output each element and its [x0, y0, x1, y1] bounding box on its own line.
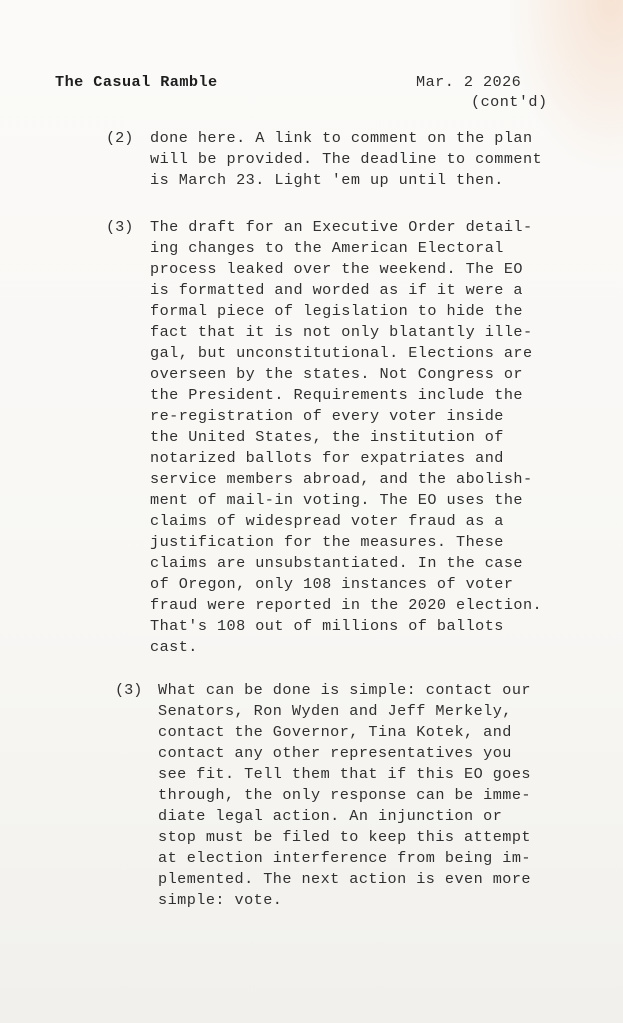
- text-line: through, the only response can be imme-: [158, 785, 531, 806]
- text-line: contact the Governor, Tina Kotek, and: [158, 722, 531, 743]
- text-line: the United States, the institution of: [150, 427, 542, 448]
- continued-note: (cont'd): [471, 92, 548, 113]
- text-line: is formatted and worded as if it were a: [150, 280, 542, 301]
- date: Mar. 2 2026: [416, 72, 521, 93]
- text-line: The draft for an Executive Order detail-: [150, 217, 542, 238]
- text-line: ment of mail-in voting. The EO uses the: [150, 490, 542, 511]
- text-line: will be provided. The deadline to commen…: [150, 149, 542, 170]
- paragraph-number: (3): [115, 680, 142, 701]
- paragraph-3-what-can-be-done: What can be done is simple: contact our …: [158, 680, 531, 911]
- paragraph-2: done here. A link to comment on the plan…: [150, 128, 542, 191]
- text-line: simple: vote.: [158, 890, 531, 911]
- text-line: re-registration of every voter inside: [150, 406, 542, 427]
- text-line: done here. A link to comment on the plan: [150, 128, 542, 149]
- newsletter-title: The Casual Ramble: [55, 72, 218, 93]
- text-line: Senators, Ron Wyden and Jeff Merkely,: [158, 701, 531, 722]
- text-line: is March 23. Light 'em up until then.: [150, 170, 542, 191]
- paragraph-number: (2): [106, 128, 133, 149]
- text-line: plemented. The next action is even more: [158, 869, 531, 890]
- text-line: contact any other representatives you: [158, 743, 531, 764]
- text-line: stop must be filed to keep this attempt: [158, 827, 531, 848]
- paragraph-3-executive-order: The draft for an Executive Order detail-…: [150, 217, 542, 658]
- text-line: at election interference from being im-: [158, 848, 531, 869]
- text-line: claims of widespread voter fraud as a: [150, 511, 542, 532]
- text-line: see fit. Tell them that if this EO goes: [158, 764, 531, 785]
- text-line: notarized ballots for expatriates and: [150, 448, 542, 469]
- text-line: gal, but unconstitutional. Elections are: [150, 343, 542, 364]
- paragraph-number: (3): [106, 217, 133, 238]
- text-line: the President. Requirements include the: [150, 385, 542, 406]
- text-line: fact that it is not only blatantly ille-: [150, 322, 542, 343]
- text-line: ing changes to the American Electoral: [150, 238, 542, 259]
- text-line: cast.: [150, 637, 542, 658]
- text-line: formal piece of legislation to hide the: [150, 301, 542, 322]
- text-line: What can be done is simple: contact our: [158, 680, 531, 701]
- text-line: of Oregon, only 108 instances of voter: [150, 574, 542, 595]
- text-line: service members abroad, and the abolish-: [150, 469, 542, 490]
- text-line: overseen by the states. Not Congress or: [150, 364, 542, 385]
- text-line: process leaked over the weekend. The EO: [150, 259, 542, 280]
- text-line: claims are unsubstantiated. In the case: [150, 553, 542, 574]
- text-line: justification for the measures. These: [150, 532, 542, 553]
- typewritten-page: The Casual Ramble Mar. 2 2026 (cont'd) (…: [0, 0, 623, 1023]
- text-line: That's 108 out of millions of ballots: [150, 616, 542, 637]
- text-line: fraud were reported in the 2020 election…: [150, 595, 542, 616]
- text-line: diate legal action. An injunction or: [158, 806, 531, 827]
